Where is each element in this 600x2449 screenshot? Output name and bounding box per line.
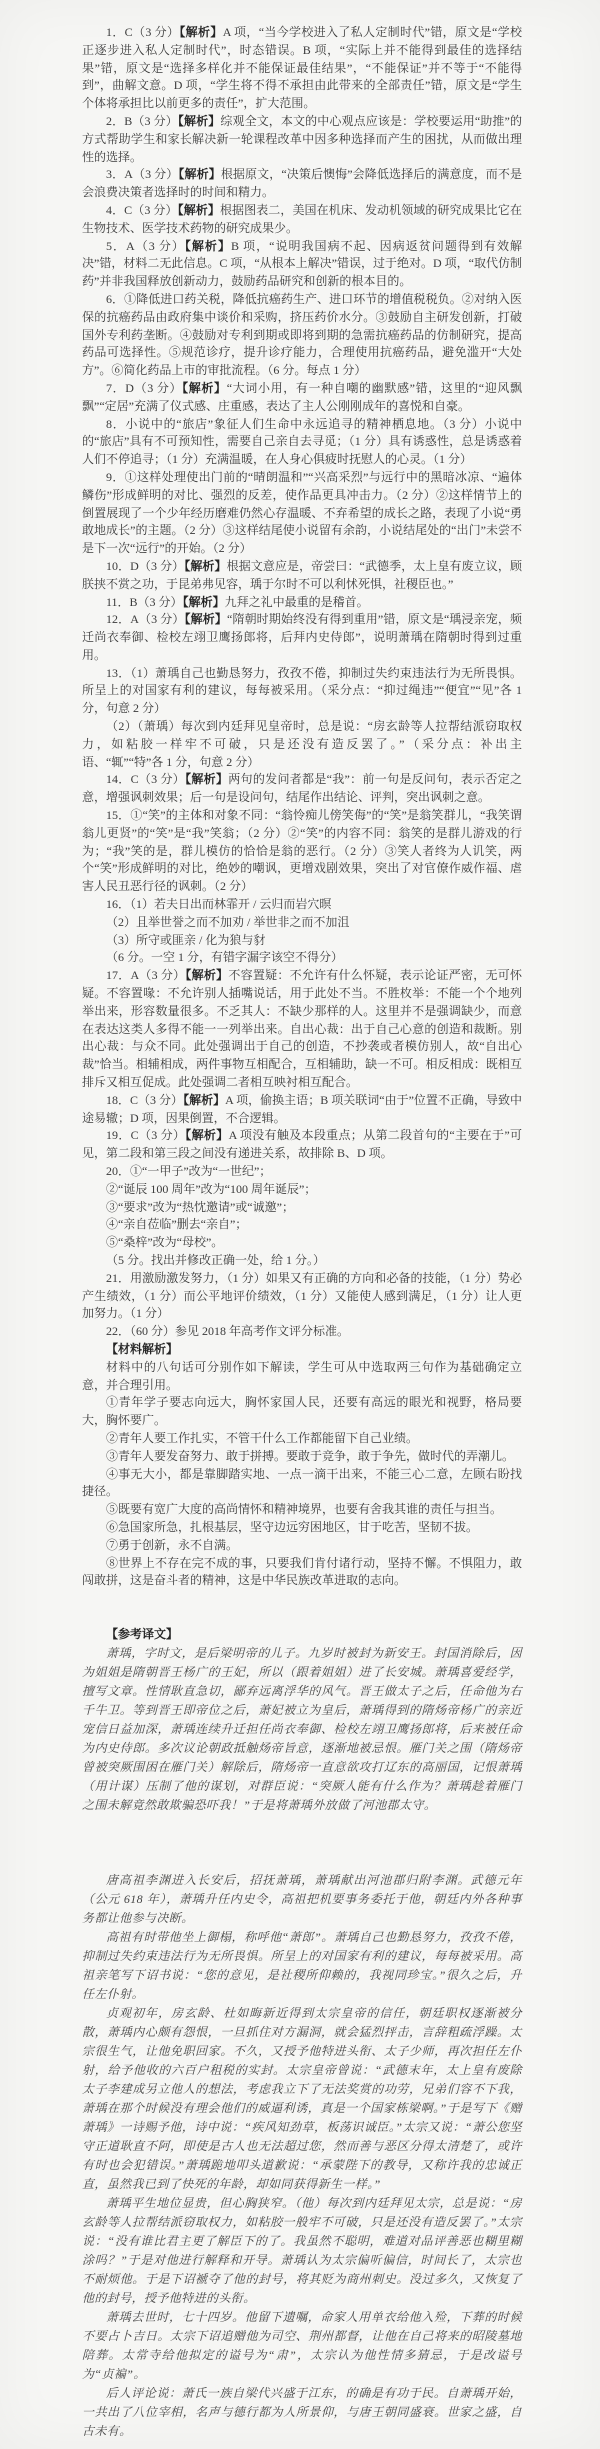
answer-paragraph: （2）且举世誉之而不加劝 / 举世非之而不加沮 <box>82 914 522 932</box>
exam-answer-key-page: 1．C（3 分）【解析】A 项，“当今学校进入了私人定制时代”错，原文是“学校正… <box>0 0 600 2449</box>
material-point: ③青年人要发奋努力、敢于拼搏。要敢于竞争，敢于争先，做时代的弄潮儿。 <box>82 1448 522 1466</box>
answer-paragraph: 15．①“笑”的主体和对象不同：“翁怜痴儿傍笑侮”的“笑”是翁笑群儿，“我笑谓翁… <box>82 807 522 896</box>
material-point: ②青年人要工作扎实，不管干什么工作都能留下自己业绩。 <box>82 1430 522 1448</box>
translation-paragraph: 高祖有时带他坐上御榻，称呼他“萧郎”。萧瑀自己也勤恳努力，孜孜不倦，抑制过失约束… <box>82 1928 522 2004</box>
answer-paragraph: 10．D（3 分）【解析】根据文意应是，帝尝曰：“武德季，太上皇有废立议，顾朕挟… <box>82 558 522 594</box>
answer-paragraph: 3．A（3 分）【解析】根据原文，“决策后懊悔”会降低选择后的满意度，而不是会浪… <box>82 166 522 202</box>
answer-paragraph: 8．小说中的“旅店”象征人们生命中永远追寻的精神栖息地。（3 分）小说中的“旅店… <box>82 416 522 469</box>
answer-paragraph: 12．A（3 分）【解析】“隋朝时期始终没有得到重用”错，原文是“瑀浸亲宠，频迁… <box>82 611 522 664</box>
answer-paragraph: ④“亲自莅临”删去“亲自”； <box>82 1216 522 1234</box>
reference-translation-heading: 【参考译文】 <box>82 1626 522 1644</box>
answer-paragraph: 6．①降低进口药关税，降低抗癌药生产、进口环节的增值税税负。②对纳入医保的抗癌药… <box>82 291 522 380</box>
answer-paragraph: ③“要求”改为“热忱邀请”或“诚邀”； <box>82 1199 522 1217</box>
material-point: ⑤既要有宽广大度的高尚情怀和精神境界，也要有舍我其谁的责任与担当。 <box>82 1501 522 1519</box>
material-point: ④事无大小，都是靠脚踏实地、一点一滴干出来，不能三心二意，左顾右盼找捷径。 <box>82 1466 522 1502</box>
answer-paragraph: （3）所守或匪亲 / 化为狼与豺 <box>82 932 522 950</box>
answer-paragraph: 20．①“一甲子”改为“一世纪”； <box>82 1163 522 1181</box>
answers-section: 1．C（3 分）【解析】A 项，“当今学校进入了私人定制时代”错，原文是“学校正… <box>82 24 522 1341</box>
answer-paragraph: 14．C（3 分）【解析】两句的发问者都是“我”：前一句是反问句，表示否定之意，… <box>82 771 522 807</box>
answer-paragraph: 13．（1）萧瑀自己也勤恳努力，孜孜不倦，抑制过失约束违法行为无所畏惧。所呈上的… <box>82 665 522 718</box>
material-points-section: ①青年学子要志向远大，胸怀家国人民，还要有高远的眼光和视野，格局要大，胸怀要广。… <box>82 1394 522 1590</box>
translation-paragraph: 萧瑀去世时，七十四岁。他留下遗嘱，命家人用单衣给他入殓，下葬的时候不要占卜吉日。… <box>82 2308 522 2384</box>
answer-paragraph: 7．D（3 分）【解析】“大词小用，有一种自嘲的幽默感”错，这里的“迎风飘飘”“… <box>82 380 522 416</box>
answer-paragraph: （6 分。一空 1 分，有错字漏字该空不得分） <box>82 949 522 967</box>
answer-paragraph: 11．B（3 分）【解析】九拜之礼中最重的是稽首。 <box>82 594 522 612</box>
answer-paragraph: 17．A（3 分）【解析】不容置疑：不允许有什么怀疑，表示论证严密，无可怀疑。不… <box>82 967 522 1092</box>
answer-paragraph: ⑤“桑梓”改为“母校”。 <box>82 1234 522 1252</box>
translation-paragraph: 萧瑀平生地位显贵，但心胸狭窄。（他）每次到内廷拜见太宗，总是说：“房玄龄等人拉帮… <box>82 2194 522 2308</box>
answer-paragraph: （2）（萧瑀）每次到内廷拜见皇帝时，总是说：“房玄龄等人拉帮结派窃取权力，如粘胶… <box>82 718 522 771</box>
answer-paragraph: 2．B（3 分）【解析】综观全文，本文的中心观点应该是：学校要运用“助推”的方式… <box>82 113 522 166</box>
material-analysis-heading: 【材料解析】 <box>82 1341 522 1359</box>
answer-paragraph: 9．①这样处理使出门前的“晴朗温和”“兴高采烈”与远行中的黑暗冰凉、“遍体鳞伤”… <box>82 469 522 558</box>
translation-paragraph: 贞观初年，房玄龄、杜如晦新近得到太宗皇帝的信任，朝廷职权逐渐被分散，萧瑀内心颇有… <box>82 2004 522 2194</box>
translation-paragraph: 后人评论说：萧氏一族自梁代兴盛于江东，的确是有功于民。自萧瑀开始，一共出了八位宰… <box>82 2384 522 2441</box>
answer-paragraph: ②“诞辰 100 周年”改为“100 周年诞辰”； <box>82 1181 522 1199</box>
material-intro: 材料中的八句话可分别作如下解读，学生可从中选取两三句作为基础确定立意，并合理引用… <box>82 1359 522 1395</box>
translation-paragraph: 唐高祖李渊进入长安后，招抚萧瑀，萧瑀献出河池郡归附李渊。武德元年（公元 618 … <box>82 1871 522 1928</box>
answer-paragraph: 1．C（3 分）【解析】A 项，“当今学校进入了私人定制时代”错，原文是“学校正… <box>82 24 522 113</box>
material-point: ⑧世界上不存在完不成的事，只要我们肯付诸行动，坚持不懈。不惧阻力，敢闯敢拼，这是… <box>82 1555 522 1591</box>
material-point: ①青年学子要志向远大，胸怀家国人民，还要有高远的眼光和视野，格局要大，胸怀要广。 <box>82 1394 522 1430</box>
answer-paragraph: 19．C（3 分）【解析】A 项没有触及本段重点；从第二段首句的“主要在于”可见… <box>82 1127 522 1163</box>
translation-section: 萧瑀，字时文，是后梁明帝的儿子。九岁时被封为新安王。封国消除后，因为姐姐是隋朝晋… <box>82 1644 522 2441</box>
answer-paragraph: 4．C（3 分）【解析】根据图表二，美国在机床、发动机领域的研究成果比它在生物技… <box>82 202 522 238</box>
answer-paragraph: 18．C（3 分）【解析】A 项，偷换主语；B 项关联词“由于”位置不正确，导致… <box>82 1092 522 1128</box>
answer-paragraph: 5．A（3 分）【解析】B 项，“说明我国病不起、因病返贫问题得到有效解决”错，… <box>82 238 522 291</box>
material-point: ⑦勇于创新，永不自满。 <box>82 1537 522 1555</box>
answer-paragraph: 22．（60 分）参见 2018 年高考作文评分标准。 <box>82 1323 522 1341</box>
answer-paragraph: 21．用激励激发努力，（1 分）如果又有正确的方向和必备的技能，（1 分）势必产… <box>82 1270 522 1323</box>
answer-paragraph: 16．（1）若夫日出而林霏开 / 云归而岩穴暝 <box>82 896 522 914</box>
answer-paragraph: （5 分。找出并修改正确一处，给 1 分。） <box>82 1252 522 1270</box>
material-point: ⑥急国家所急，扎根基层，坚守边远穷困地区，甘于吃苦，坚韧不拔。 <box>82 1519 522 1537</box>
translation-paragraph: 萧瑀，字时文，是后梁明帝的儿子。九岁时被封为新安王。封国消除后，因为姐姐是隋朝晋… <box>82 1644 522 1815</box>
